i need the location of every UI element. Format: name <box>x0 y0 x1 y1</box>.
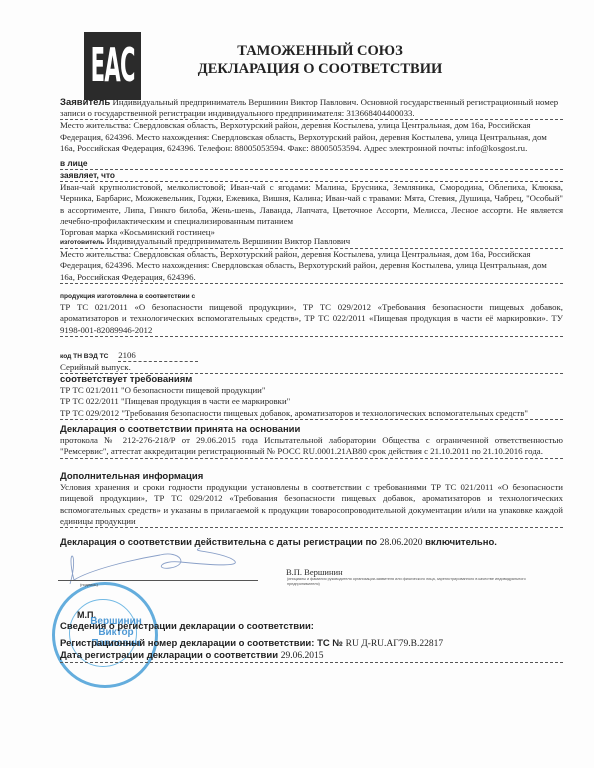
applicant-label: Заявитель <box>60 97 110 108</box>
registration-title: Сведения о регистрации декларации о соот… <box>60 621 563 633</box>
header-title: ДЕКЛАРАЦИЯ О СООТВЕТСТВИИ <box>170 60 470 78</box>
registration-number-label: Регистрационный номер декларации о соотв… <box>60 638 343 649</box>
signature-line <box>58 580 258 581</box>
basis-label: Декларация о соответствии принята на осн… <box>60 424 563 435</box>
additional-section: Дополнительная информация Условия хранен… <box>60 471 563 528</box>
in-person-label: в лице <box>60 158 88 168</box>
manufacturer-line: изготовитель Индивидуальный предпринимат… <box>60 236 563 249</box>
applicant-line: Заявитель Индивидуальный предприниматель… <box>60 97 563 120</box>
declares-section: заявляет, что Иван-чай крупнолистовой, м… <box>60 170 563 238</box>
signature-scribble <box>60 540 260 585</box>
signer-caption: (инициалы и фамилия руководителя организ… <box>287 577 537 587</box>
registration-date: 29.06.2015 <box>281 651 324 661</box>
manufacturer-address: Место жительства: Свердловская область, … <box>60 249 563 284</box>
applicant-section: Заявитель Индивидуальный предприниматель… <box>60 97 563 154</box>
conforms-item: ТР ТС 022/2011 "Пищевая продукция в част… <box>60 396 563 407</box>
validity-suffix: включительно. <box>425 537 497 548</box>
header-union: ТАМОЖЕННЫЙ СОЮЗ <box>170 42 470 60</box>
document-header: ТАМОЖЕННЫЙ СОЮЗ ДЕКЛАРАЦИЯ О СООТВЕТСТВИ… <box>170 42 470 78</box>
additional-label: Дополнительная информация <box>60 471 563 482</box>
signature-caption: (подпись) <box>80 582 98 587</box>
products-text: Иван-чай крупнолистовой, мелколистовой; … <box>60 182 563 227</box>
hs-code-line: код ТН ВЭД ТС 2106 <box>60 350 563 362</box>
hs-code-value: 2106 <box>118 350 198 362</box>
conforms-item: ТР ТС 021/2011 "О безопасности пищевой п… <box>60 385 563 396</box>
hs-code-section: код ТН ВЭД ТС 2106 Серийный выпуск. <box>60 350 563 374</box>
validity-date: 28.06.2020 <box>380 538 423 548</box>
registration-number-line: Регистрационный номер декларации о соотв… <box>60 638 563 650</box>
additional-text: Условия хранения и сроки годности продук… <box>60 482 563 528</box>
registration-number: RU Д-RU.АГ79.В.22817 <box>346 639 443 649</box>
hs-code-label: код ТН ВЭД ТС <box>60 351 116 362</box>
registration-date-line: Дата регистрации декларации о соответств… <box>60 650 563 663</box>
conforms-label: соответствует требованиям <box>60 374 563 385</box>
eac-logo: EAC <box>84 32 141 100</box>
declares-label: заявляет, что <box>60 170 563 182</box>
manufacturer-label: изготовитель <box>60 239 104 246</box>
conforms-section: соответствует требованиям ТР ТС 021/2011… <box>60 374 563 420</box>
conforms-item: ТР ТС 029/2012 "Требования безопасности … <box>60 408 563 420</box>
manufacturer-name: Индивидуальный предприниматель Вершинин … <box>106 236 350 246</box>
produced-text: ТР ТС 021/2011 «О безопасности пищевой п… <box>60 302 563 337</box>
signer-name: В.П. Вершинин <box>286 567 343 577</box>
basis-section: Декларация о соответствии принята на осн… <box>60 424 563 459</box>
produced-section: продукция изготовлена в соответствии с Т… <box>60 291 563 337</box>
manufacturer-section: изготовитель Индивидуальный предпринимат… <box>60 236 563 284</box>
registration-date-label: Дата регистрации декларации о соответств… <box>60 650 278 661</box>
basis-text: протокола № 212-276-218/Р от 29.06.2015 … <box>60 435 563 458</box>
produced-label: продукция изготовлена в соответствии с <box>60 291 563 302</box>
in-person-line: в лице <box>60 158 563 170</box>
applicant-name: Индивидуальный предприниматель Вершинин … <box>60 97 558 118</box>
declaration-page: EAC ТАМОЖЕННЫЙ СОЮЗ ДЕКЛАРАЦИЯ О СООТВЕТ… <box>0 0 594 768</box>
applicant-address: Место жительства: Свердловская область, … <box>60 120 563 154</box>
serial-release: Серийный выпуск. <box>60 362 563 374</box>
